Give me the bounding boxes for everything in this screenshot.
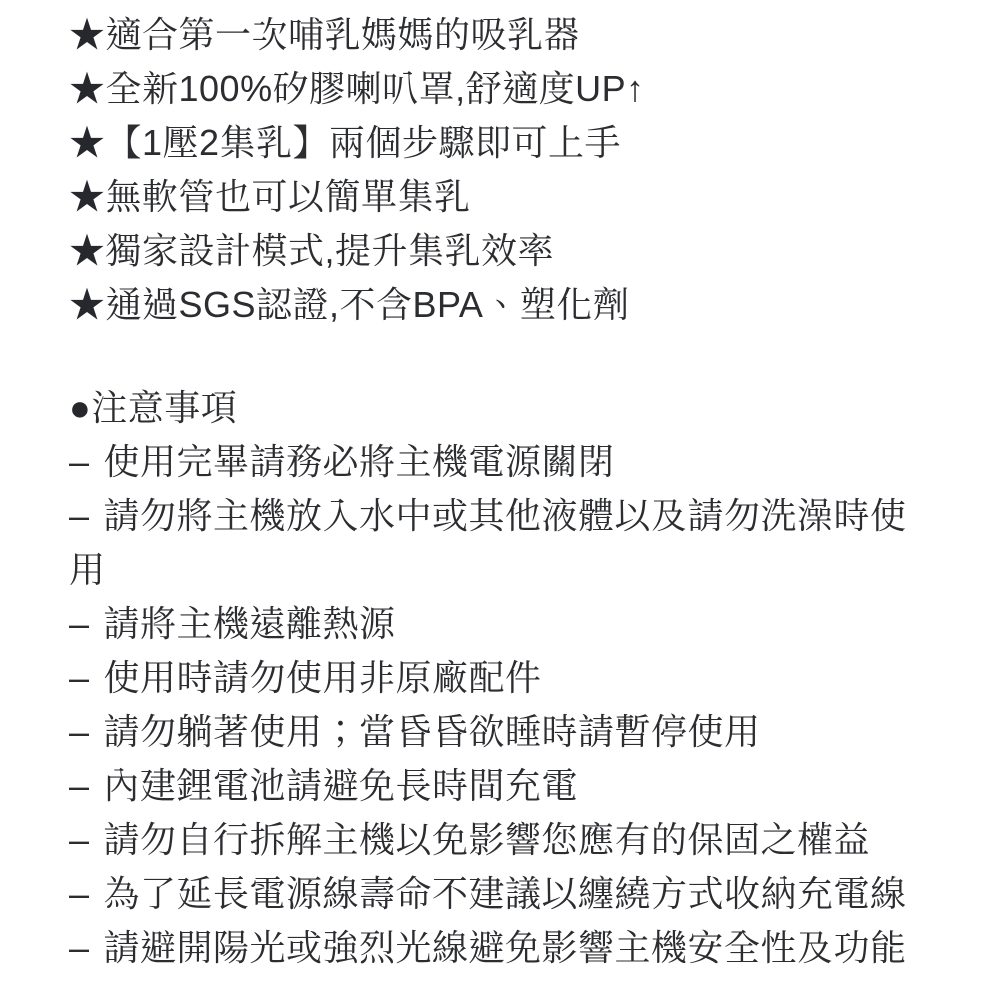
feature-item: ★獨家設計模式,提升集乳效率 [69, 224, 911, 278]
feature-item: ★全新100%矽膠喇叭罩,舒適度UP↑ [69, 62, 911, 116]
dash-icon: – [69, 441, 90, 482]
notice-item: –請避開陽光或強烈光線避免影響主機安全性及功能 [69, 921, 911, 975]
notice-text: 請避開陽光或強烈光線避免影響主機安全性及功能 [104, 927, 907, 968]
notice-item: –為了延長電源線壽命不建議以纏繞方式收納充電線 [69, 867, 911, 921]
dash-icon: – [69, 603, 90, 644]
dash-icon: – [69, 819, 90, 860]
notice-text: 使用時請勿使用非原廠配件 [104, 657, 542, 698]
notice-text: 請勿將主機放入水中或其他液體以及請勿洗澡時使用 [69, 495, 907, 590]
feature-text: 【1壓2集乳】兩個步驟即可上手 [106, 122, 622, 163]
notice-item: –內建鋰電池請避免長時間充電 [69, 759, 911, 813]
star-bullet-icon: ★ [69, 14, 106, 55]
notice-text: 請勿自行拆解主機以免影響您應有的保固之權益 [104, 819, 871, 860]
product-description-page: ★適合第一次哺乳媽媽的吸乳器 ★全新100%矽膠喇叭罩,舒適度UP↑ ★【1壓2… [0, 0, 1000, 1000]
feature-text: 適合第一次哺乳媽媽的吸乳器 [106, 14, 581, 55]
star-bullet-icon: ★ [69, 230, 106, 271]
notice-text: 請勿躺著使用；當昏昏欲睡時請暫停使用 [104, 711, 761, 752]
notice-item: –請勿躺著使用；當昏昏欲睡時請暫停使用 [69, 705, 911, 759]
feature-item: ★適合第一次哺乳媽媽的吸乳器 [69, 8, 911, 62]
feature-list: ★適合第一次哺乳媽媽的吸乳器 ★全新100%矽膠喇叭罩,舒適度UP↑ ★【1壓2… [69, 8, 911, 332]
notice-item: –使用時請勿使用非原廠配件 [69, 651, 911, 705]
star-bullet-icon: ★ [69, 284, 106, 325]
notice-item: –請勿自行拆解主機以免影響您應有的保固之權益 [69, 813, 911, 867]
dash-icon: – [69, 657, 90, 698]
notice-text: 為了延長電源線壽命不建議以纏繞方式收納充電線 [104, 873, 907, 914]
dash-icon: – [69, 765, 90, 806]
notice-item: –請勿將主機放入水中或其他液體以及請勿洗澡時使用 [69, 489, 911, 597]
notice-heading-text: 注意事項 [91, 387, 237, 428]
star-bullet-icon: ★ [69, 176, 106, 217]
dash-icon: – [69, 927, 90, 968]
notice-text: 內建鋰電池請避免長時間充電 [104, 765, 579, 806]
feature-text: 無軟管也可以簡單集乳 [106, 176, 471, 217]
notice-item: –使用完畢請務必將主機電源關閉 [69, 435, 911, 489]
notice-section: ●注意事項 –使用完畢請務必將主機電源關閉 –請勿將主機放入水中或其他液體以及請… [69, 381, 911, 975]
dash-icon: – [69, 495, 90, 536]
circle-bullet-icon: ● [69, 387, 91, 428]
dash-icon: – [69, 873, 90, 914]
feature-text: 全新100%矽膠喇叭罩,舒適度UP↑ [106, 68, 645, 109]
notice-text: 請將主機遠離熱源 [104, 603, 396, 644]
star-bullet-icon: ★ [69, 122, 106, 163]
feature-item: ★通過SGS認證,不含BPA、塑化劑 [69, 278, 911, 332]
feature-item: ★無軟管也可以簡單集乳 [69, 170, 911, 224]
notice-heading: ●注意事項 [69, 381, 911, 435]
feature-text: 獨家設計模式,提升集乳效率 [106, 230, 555, 271]
feature-text: 通過SGS認證,不含BPA、塑化劑 [106, 284, 630, 325]
dash-icon: – [69, 711, 90, 752]
feature-item: ★【1壓2集乳】兩個步驟即可上手 [69, 116, 911, 170]
star-bullet-icon: ★ [69, 68, 106, 109]
notice-item: –請將主機遠離熱源 [69, 597, 911, 651]
notice-text: 使用完畢請務必將主機電源關閉 [104, 441, 615, 482]
